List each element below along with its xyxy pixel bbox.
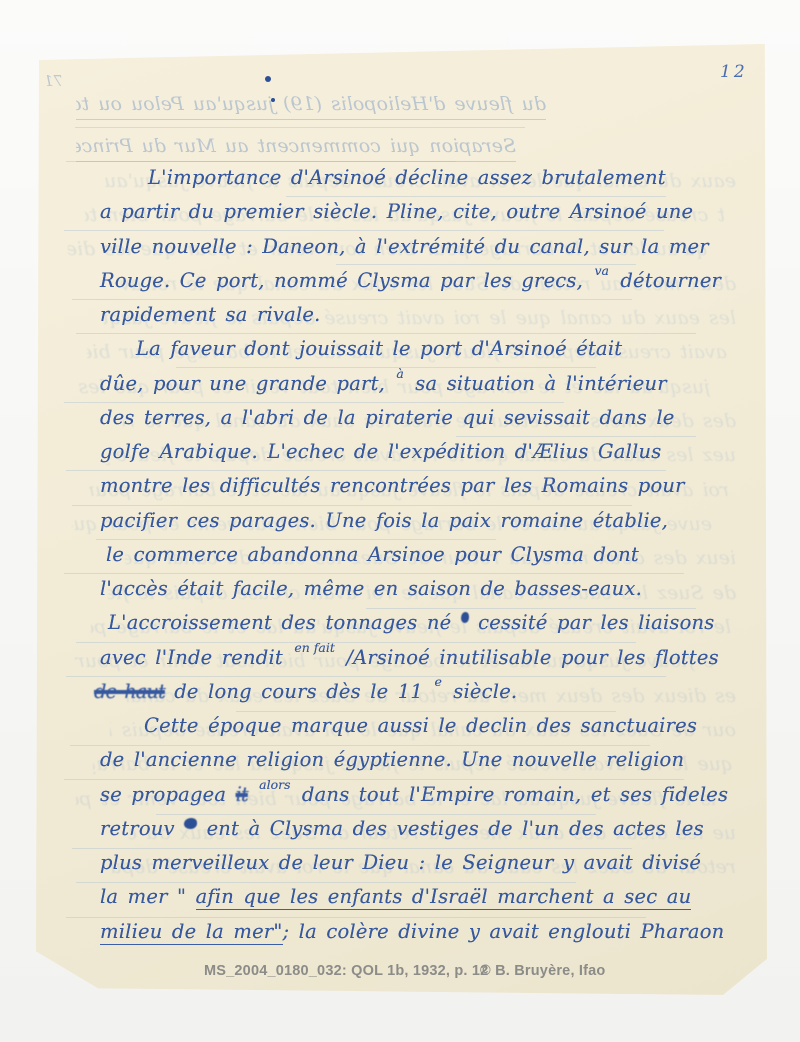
ink-blot [184, 818, 197, 829]
interline-insertion: va [594, 259, 609, 283]
interline-insertion: à [396, 362, 403, 386]
bleedthrough-rule [75, 127, 525, 128]
bleedthrough-rule [64, 230, 664, 231]
manuscript-line: L'accroissement des tonnages né cessité … [108, 611, 715, 635]
handwritten-text: ent à Clysma des vestiges de l'un des ac… [207, 817, 704, 840]
handwritten-text: Cette époque marque aussi le declin des … [144, 714, 697, 737]
handwritten-text: dans tout l'Empire romain, et ses fidele… [302, 783, 728, 806]
manuscript-line: plus merveilleux de leur Dieu : le Seign… [100, 851, 701, 875]
bleedthrough-rule [72, 848, 632, 849]
handwritten-text: golfe Arabique. L'echec de l'expédition … [100, 440, 661, 463]
manuscript-line: golfe Arabique. L'echec de l'expédition … [100, 440, 661, 464]
manuscript-line: de l'ancienne religion égyptienne. Une n… [100, 748, 684, 772]
handwritten-text: de haut [94, 680, 165, 703]
bleedthrough-rule [66, 676, 666, 677]
bleedthrough-rule [236, 711, 616, 712]
handwritten-text: afin que les enfants d'Israël marchent a… [196, 885, 692, 910]
manuscript-line: milieu de la mer"; la colère divine y av… [100, 920, 724, 944]
manuscript-line: Rouge. Ce port, nommé Clysma par les gre… [100, 269, 721, 295]
bleedthrough-rule [64, 779, 684, 780]
handwritten-text: L'importance d'Arsinoé décline assez bru… [148, 166, 666, 189]
handwritten-text: Rouge. Ce port, nommé Clysma par les gre… [100, 269, 583, 292]
handwritten-text: de l'ancienne religion égyptienne. Une n… [100, 748, 684, 771]
handwritten-text: L'accroissement des tonnages né [108, 611, 451, 634]
bleedthrough-rule [76, 882, 576, 883]
bleedthrough-rule [66, 161, 456, 162]
manuscript-line: la mer " afin que les enfants d'Israël m… [100, 885, 691, 909]
interline-insertion: e [434, 670, 441, 694]
handwritten-text: pacifier ces parages. Une fois la paix r… [100, 509, 668, 532]
manuscript-line: a partir du premier siècle. Pline, cite,… [100, 200, 693, 224]
manuscript-line: retrouv ent à Clysma des vestiges de l'u… [100, 817, 704, 841]
bleedthrough-rule [72, 299, 632, 300]
manuscript-line: des terres, a l'abri de la piraterie qui… [100, 406, 675, 430]
manuscript-line: L'importance d'Arsinoé décline assez bru… [148, 166, 666, 190]
handwritten-text: dûe, pour une grande part, [100, 372, 385, 395]
bleedthrough-line: du fleuve d'Heliopolis (19) jusqu'au Pel… [76, 92, 546, 120]
handwritten-text: l'accès était facile, même en saison de … [100, 577, 642, 600]
bleedthrough-rule [76, 333, 696, 334]
bleedthrough-rule [366, 608, 696, 609]
manuscript-line: se propagea it alors dans tout l'Empire … [100, 783, 728, 809]
handwritten-text: de long cours dès le 11 [174, 680, 423, 703]
handwritten-text: La faveur dont jouissait le port d'Arsin… [136, 337, 622, 360]
bleedthrough-rule [176, 367, 596, 368]
manuscript-line: le commerce abandonna Arsinoe pour Clysm… [106, 543, 639, 567]
bleedthrough-rule [156, 814, 596, 815]
manuscript-line: ville nouvelle : Daneon, à l'extrémité d… [100, 235, 709, 259]
handwritten-text: la mer " [100, 885, 186, 908]
bleedthrough-rule [96, 539, 496, 540]
handwritten-text: ; la colère divine y avait englouti Phar… [283, 920, 725, 943]
handwritten-text: retrouv [100, 817, 175, 840]
handwritten-text: plus merveilleux de leur Dieu : le Seign… [100, 851, 701, 874]
handwritten-text: a partir du premier siècle. Pline, cite,… [100, 200, 693, 223]
bleedthrough-rule [286, 196, 666, 197]
manuscript-line: l'accès était facile, même en saison de … [100, 577, 642, 601]
handwritten-text: des terres, a l'abri de la piraterie qui… [100, 406, 675, 429]
manuscript-line: Cette époque marque aussi le declin des … [144, 714, 697, 738]
bleedthrough-rule [70, 745, 650, 746]
manuscript-line: rapidement sa rivale. [100, 303, 321, 327]
bleedthrough-rule [64, 573, 684, 574]
bleedthrough-rule [336, 264, 636, 265]
ink-dot [271, 98, 275, 102]
bleedthrough-line: Serapion qui commencent au Mur du Prince… [76, 134, 516, 162]
handwritten-text: avec l'Inde rendit [100, 646, 283, 669]
handwritten-text: siècle. [453, 680, 517, 703]
bleedthrough-rule [456, 436, 696, 437]
bleedthrough-rule [76, 642, 636, 643]
handwritten-text: détourner [620, 269, 721, 292]
handwritten-text: sa situation à l'intérieur [415, 372, 666, 395]
handwritten-text: le commerce abandonna Arsinoe pour Clysm… [106, 543, 639, 566]
bleedthrough-verso-page-number: 71 [44, 72, 63, 90]
manuscript-line: dûe, pour une grande part, à sa situatio… [100, 372, 667, 398]
manuscript-line: de haut de long cours dès le 11 e siècle… [94, 680, 517, 706]
manuscript-line: pacifier ces parages. Une fois la paix r… [100, 509, 668, 533]
handwritten-text: /Arsinoé inutilisable pour les flottes [346, 646, 719, 669]
copyright-credit-caption: © B. Bruyère, Ifao [480, 963, 605, 979]
manuscript-line: montre les difficultés rencontrées par l… [100, 474, 685, 498]
handwritten-text: cessité par les liaisons [478, 611, 714, 634]
manuscript-line: La faveur dont jouissait le port d'Arsin… [136, 337, 622, 361]
interline-insertion: en fait [294, 636, 335, 660]
archive-reference-caption: MS_2004_0180_032: QOL 1b, 1932, p. 12 [204, 963, 488, 979]
handwritten-text: rapidement sa rivale. [100, 303, 321, 326]
handwritten-text: ville nouvelle : Daneon, à l'extrémité d… [100, 235, 709, 258]
ink-dot [265, 76, 271, 82]
handwritten-text: montre les difficultés rencontrées par l… [100, 474, 685, 497]
bleedthrough-rule [66, 917, 646, 918]
handwritten-text: se propagea [100, 783, 226, 806]
scanned-manuscript-page: 12 71 MS_2004_0180_032: QOL 1b, 1932, p.… [0, 0, 800, 1042]
paper-sheet: 12 71 MS_2004_0180_032: QOL 1b, 1932, p.… [36, 44, 767, 995]
bleedthrough-rule [64, 402, 564, 403]
bleedthrough-rule [72, 505, 632, 506]
interline-insertion: alors [259, 773, 290, 797]
handwritten-text: it [236, 783, 248, 806]
bleedthrough-rule [66, 470, 666, 471]
manuscript-line: avec l'Inde rendit en fait /Arsinoé inut… [100, 646, 719, 672]
handwritten-text: milieu de la mer" [100, 920, 283, 945]
ink-blot [461, 612, 469, 623]
handwritten-page-number: 12 [720, 62, 748, 82]
